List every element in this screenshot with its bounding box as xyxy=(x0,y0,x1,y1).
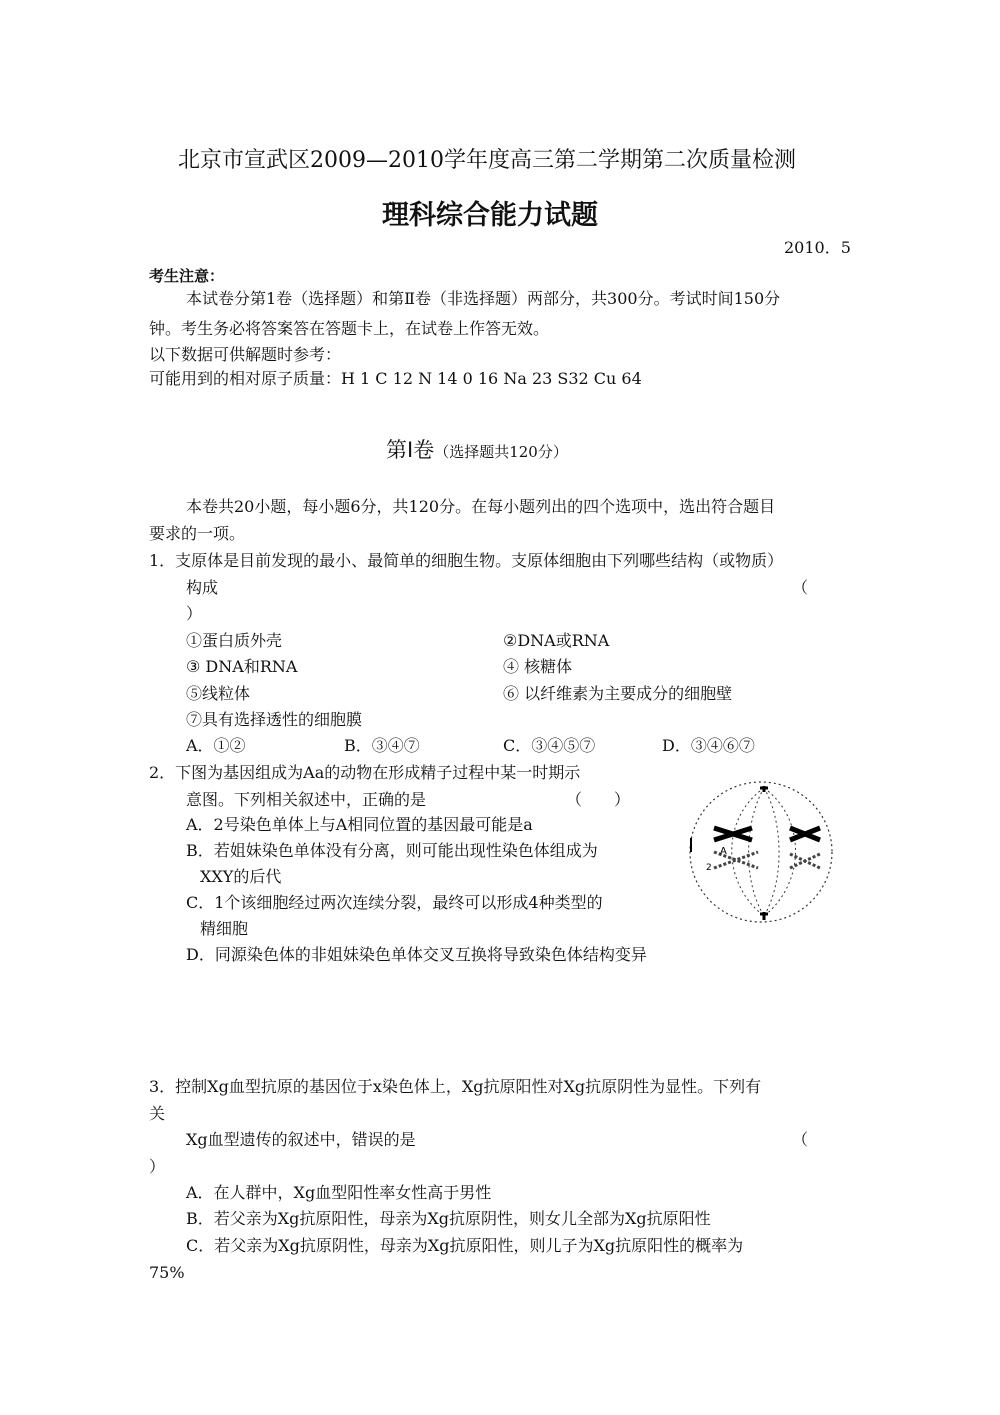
spindle-figure: A 2 xyxy=(686,778,836,926)
question-1-item: ②DNA或RNA xyxy=(503,631,609,651)
question-3-option-b[interactable]: B．若父亲为Xg抗原阳性，母亲为Xg抗原阴性，则女儿全部为Xg抗原阳性 xyxy=(186,1209,711,1229)
question-1-item: ⑦具有选择透性的细胞膜 xyxy=(186,710,362,730)
section-title-main: 第Ⅰ卷 xyxy=(386,438,434,462)
question-1-item: ④ 核糖体 xyxy=(503,657,572,677)
answer-paren: （ xyxy=(792,1130,808,1150)
question-3-stem: Xg血型遗传的叙述中，错误的是 xyxy=(186,1130,416,1150)
answer-paren: ） xyxy=(186,604,202,624)
question-1-option-b[interactable]: B．③④⑦ xyxy=(344,736,420,756)
question-2-option-c-cont: 精细胞 xyxy=(200,919,248,939)
section-intro: 要求的一项。 xyxy=(149,524,245,544)
page-title: 理科综合能力试题 xyxy=(382,193,598,232)
question-3-option-c[interactable]: C．若父亲为Xg抗原阴性，母亲为Xg抗原阳性，则儿子为Xg抗原阳性的概率为 xyxy=(186,1236,743,1256)
gene-label-a: A xyxy=(720,846,727,857)
question-1-item: ⑤线粒体 xyxy=(186,684,250,704)
question-2-option-b-cont: XXY的后代 xyxy=(200,867,281,887)
notice-text: 以下数据可供解题时参考： xyxy=(149,345,341,365)
section-intro: 本卷共20小题，每小题6分，共120分。在每小题列出的四个选项中，选出符合题目 xyxy=(186,497,775,517)
cell-division-diagram: A 2 xyxy=(686,778,836,926)
notice-text: 钟。考生务必将答案答在答题卡上，在试卷上作答无效。 xyxy=(149,319,549,339)
question-2-stem: 意图。下列相关叙述中，正确的是 xyxy=(186,790,426,810)
question-2-option-a[interactable]: A．2号染色单体上与A相同位置的基因最可能是a xyxy=(186,815,533,835)
atomic-mass-line: 可能用到的相对原子质量：H 1 C 12 N 14 0 16 Na 23 S32… xyxy=(149,369,642,389)
question-1-item: ①蛋白质外壳 xyxy=(186,631,282,651)
question-1-item: ⑥ 以纤维素为主要成分的细胞壁 xyxy=(503,684,732,704)
question-2-option-d[interactable]: D．同源染色体的非姐妹染色单体交叉互换将导致染色体结构变异 xyxy=(186,945,647,965)
question-3-option-a[interactable]: A．在人群中，Xg血型阳性率女性高于男性 xyxy=(186,1183,491,1203)
answer-paren: ） xyxy=(149,1157,165,1177)
question-1-option-a[interactable]: A．①② xyxy=(186,736,246,756)
question-1-option-d[interactable]: D．③④⑥⑦ xyxy=(662,736,755,756)
section-title: 第Ⅰ卷（选择题共120分） xyxy=(386,434,568,464)
chromatid-label-2: 2 xyxy=(706,863,712,873)
notice-text: 本试卷分第1卷（选择题）和第Ⅱ卷（非选择题）两部分，共300分。考试时间150分 xyxy=(186,289,780,309)
question-1-item: ③ DNA和RNA xyxy=(186,657,297,677)
exam-header-line: 北京市宣武区2009—2010学年度高三第二学期第二次质量检测 xyxy=(178,143,796,174)
question-2-option-c[interactable]: C．1个该细胞经过两次连续分裂，最终可以形成4种类型的 xyxy=(186,893,603,913)
question-3-stem: 关 xyxy=(149,1104,165,1124)
question-3-option-c-cont: 75% xyxy=(149,1263,185,1283)
answer-paren: （ ） xyxy=(566,790,630,810)
section-title-sub: （选择题共120分） xyxy=(434,443,568,461)
notice-heading: 考生注意： xyxy=(149,265,224,286)
question-1-stem: 1．支原体是目前发现的最小、最简单的细胞生物。支原体细胞由下列哪些结构（或物质） xyxy=(149,551,783,571)
question-2-option-b[interactable]: B．若姐妹染色单体没有分离，则可能出现性染色体组成为 xyxy=(186,841,598,861)
question-1-option-c[interactable]: C．③④⑤⑦ xyxy=(503,736,595,756)
question-3-stem: 3．控制Xg血型抗原的基因位于x染色体上，Xg抗原阳性对Xg抗原阴性为显性。下列… xyxy=(149,1077,761,1097)
answer-paren: （ xyxy=(792,578,808,598)
question-2-stem: 2．下图为基因组成为Aa的动物在形成精子过程中某一时期示 xyxy=(149,763,580,783)
question-1-stem: 构成 xyxy=(186,578,218,598)
exam-date: 2010．5 xyxy=(784,238,851,258)
